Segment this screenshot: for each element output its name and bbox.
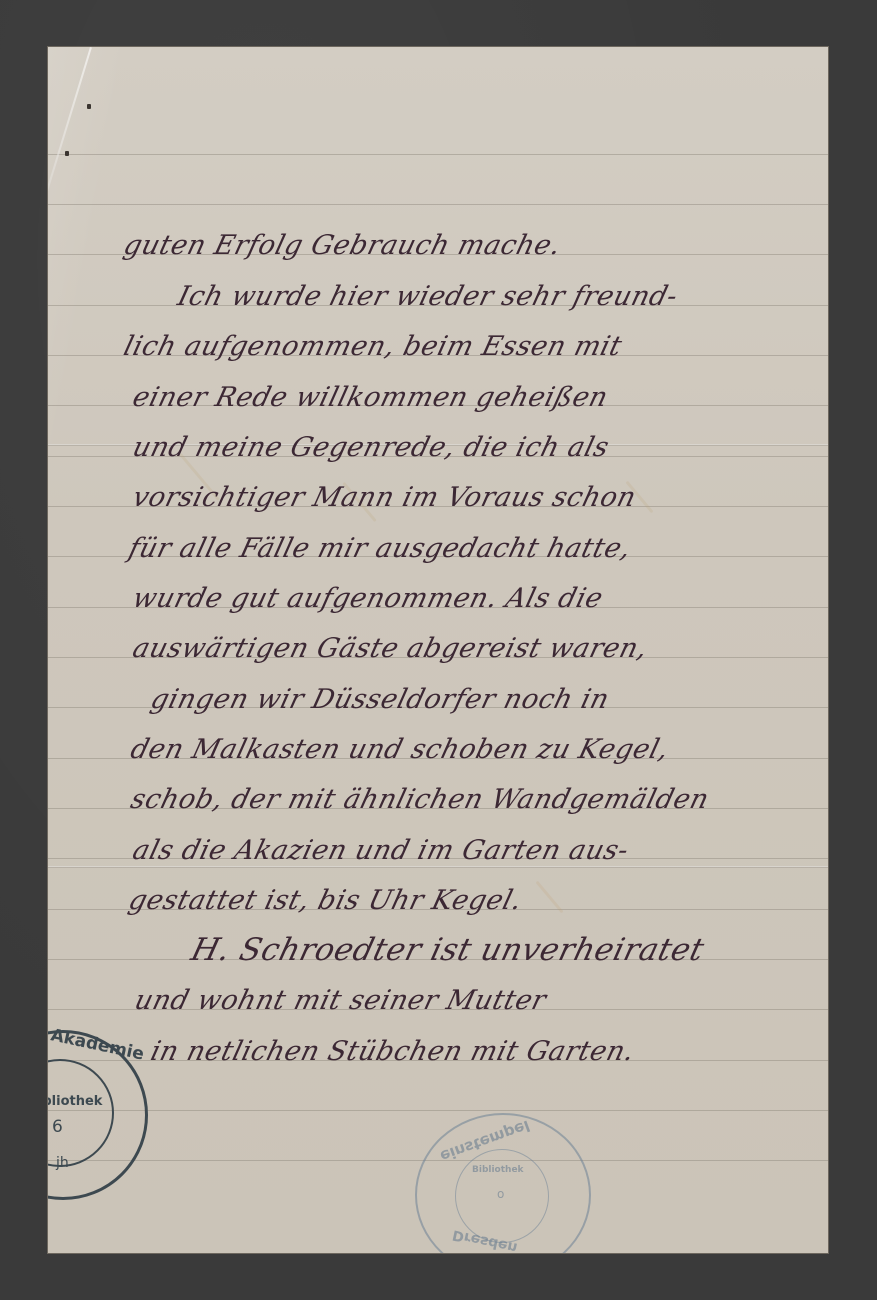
handwriting-line: guten Erfolg Gebrauch mache. bbox=[121, 232, 564, 259]
paper-crease-diagonal bbox=[48, 47, 92, 363]
handwriting-line: H. Schroedter ist unverheiratet bbox=[188, 935, 707, 966]
stamp-bottom-text: jh bbox=[56, 1155, 69, 1171]
handwriting-line: und meine Gegenrede, die ich als bbox=[130, 434, 612, 461]
handwriting-line: und wohnt mit seiner Mutter bbox=[132, 987, 549, 1014]
stamp-inner-text: Bibliothek bbox=[48, 1094, 102, 1109]
pin-hole bbox=[65, 151, 69, 156]
handwriting-line: den Malkasten und schoben zu Kegel, bbox=[128, 736, 672, 763]
handwriting-line: Ich wurde hier wieder sehr freund- bbox=[175, 283, 680, 310]
handwriting-line: in netlichen Stübchen mit Garten. bbox=[148, 1038, 637, 1065]
handwriting-line: gingen wir Düsseldorfer noch in bbox=[148, 686, 612, 713]
handwriting-line: lich aufgenommen, beim Essen mit bbox=[121, 333, 625, 360]
handwriting-line: für alle Fälle mir ausgedacht hatte, bbox=[126, 535, 634, 562]
ruled-line bbox=[48, 1110, 828, 1111]
pin-hole bbox=[87, 104, 91, 109]
handwriting-line: wurde gut aufgenommen. Als die bbox=[130, 585, 606, 612]
ruled-line bbox=[48, 154, 828, 155]
stamp-inner-text: Bibliothek bbox=[472, 1165, 524, 1175]
handwriting-line: einer Rede willkommen geheißen bbox=[130, 384, 611, 411]
handwriting-line: vorsichtiger Mann im Voraus schon bbox=[130, 484, 639, 511]
handwriting-line: schob, der mit ähnlichen Wandgemälden bbox=[128, 786, 712, 813]
stamp-number: 6 bbox=[52, 1117, 63, 1137]
handwriting-line: als die Akazien und im Garten aus- bbox=[130, 837, 631, 864]
handwriting-line: auswärtigen Gäste abgereist waren, bbox=[130, 635, 650, 662]
paper-fold-lower bbox=[48, 866, 828, 868]
stamp-number: o bbox=[497, 1187, 504, 1201]
handwriting-line: gestattet ist, bis Uhr Kegel. bbox=[126, 887, 525, 914]
ruled-line bbox=[48, 204, 828, 205]
letter-page: guten Erfolg Gebrauch mache. Ich wurde h… bbox=[48, 47, 828, 1253]
